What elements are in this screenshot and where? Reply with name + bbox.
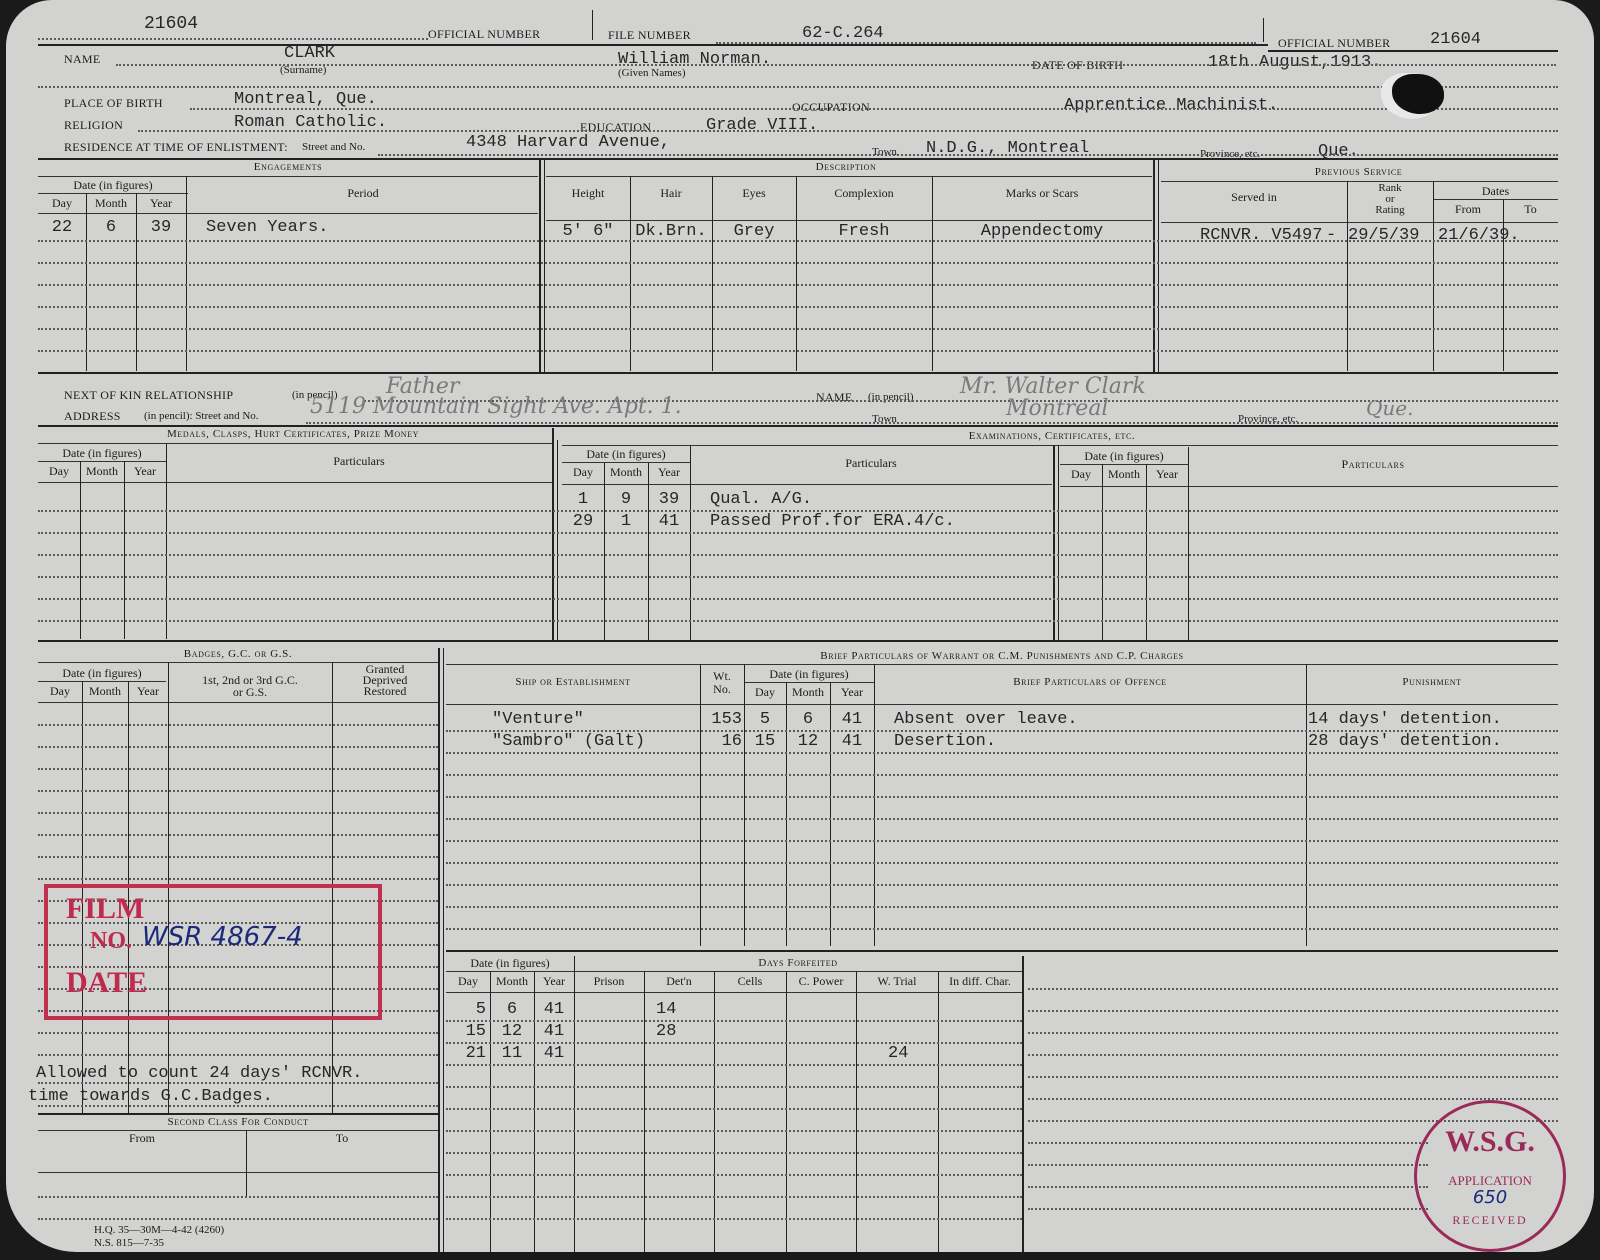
- forfeit-date-header: Date (in figures): [446, 956, 574, 971]
- days-forfeited-title: Days Forfeited: [574, 957, 1022, 969]
- badges-title: Badges, G.C. or G.S.: [38, 648, 438, 660]
- engagements-month-header: Month: [86, 196, 136, 211]
- dates-header: Dates: [1433, 184, 1558, 199]
- film-stamp: FILM NO. WSR 4867-4 DATE: [44, 884, 382, 1020]
- name-label: NAME: [64, 52, 101, 67]
- prev-to-date: 21/6/39.: [1438, 226, 1520, 245]
- exams-date-header: Date (in figures): [562, 447, 690, 462]
- complexion-value: Fresh: [796, 222, 932, 241]
- surname: CLARK: [284, 44, 335, 63]
- engagements-day-header: Day: [38, 196, 86, 211]
- warrant-2-year: 41: [830, 732, 874, 751]
- exams-right-day-header: Day: [1060, 467, 1102, 482]
- height-header: Height: [546, 186, 630, 201]
- exam-1-day: 1: [562, 490, 604, 509]
- to-header: To: [1503, 202, 1558, 217]
- education: Grade VIII.: [706, 116, 818, 135]
- exam-2-day: 29: [562, 512, 604, 531]
- nok-relationship-label: NEXT OF KIN RELATIONSHIP: [64, 388, 233, 403]
- warrant-month-header: Month: [786, 685, 830, 700]
- complexion-header: Complexion: [796, 186, 932, 201]
- religion-label: RELIGION: [64, 118, 123, 133]
- warrant-1-punishment: 14 days' detention.: [1308, 710, 1502, 729]
- official-number-left: 21604: [144, 14, 198, 34]
- badges-gc-header-line2: or G.S.: [168, 686, 332, 698]
- engagement-day: 22: [38, 218, 86, 237]
- warrant-2-month: 12: [786, 732, 830, 751]
- form-number: H.Q. 35—30M—4-42 (4260) N.S. 815—7-35: [94, 1224, 224, 1250]
- wsg-label: W.S.G.: [1417, 1125, 1563, 1159]
- date-of-birth: 18th August,1913.: [1208, 53, 1381, 72]
- film-no-label: NO.: [90, 928, 132, 955]
- detn-header: Det'n: [644, 974, 714, 989]
- badges-month-header: Month: [82, 684, 128, 699]
- exam-1-month: 9: [604, 490, 648, 509]
- badges-gc-header: 1st, 2nd or 3rd G.C. or G.S.: [168, 674, 332, 698]
- medals-day-header: Day: [38, 464, 80, 479]
- nok-town: Montreal: [1006, 396, 1108, 421]
- warrant-date-header: Date (in figures): [744, 667, 874, 682]
- place-of-birth: Montreal, Que.: [234, 90, 377, 109]
- forfeit-3-year: 41: [534, 1044, 574, 1063]
- nok-address-label: ADDRESS: [64, 409, 121, 424]
- examinations-title: Examinations, Certificates, etc.: [562, 430, 1542, 442]
- forfeit-3-day: 21: [446, 1044, 486, 1063]
- warrant-title: Brief Particulars of Warrant or C.M. Pun…: [446, 650, 1558, 662]
- punishment-header: Punishment: [1306, 676, 1558, 688]
- served-in-value: RCNVR. V5497: [1200, 226, 1322, 245]
- occupation: Apprentice Machinist.: [1064, 96, 1278, 115]
- medals-month-header: Month: [80, 464, 124, 479]
- forfeit-day-header: Day: [446, 974, 490, 989]
- prison-header: Prison: [574, 974, 644, 989]
- forfeit-month-header: Month: [490, 974, 534, 989]
- residence-street: 4348 Harvard Avenue,: [466, 133, 670, 152]
- medals-particulars-header: Particulars: [166, 454, 552, 469]
- exams-day-header: Day: [562, 465, 604, 480]
- warrant-day-header: Day: [744, 685, 786, 700]
- town-label: Town: [872, 146, 897, 158]
- exams-right-month-header: Month: [1102, 467, 1146, 482]
- wt-no-header: Wt. No.: [700, 670, 744, 696]
- height-value: 5' 6": [546, 222, 630, 241]
- warrant-1-ship: "Venture": [492, 710, 584, 729]
- hair-header: Hair: [630, 186, 712, 201]
- forfeit-1-year: 41: [534, 1000, 574, 1019]
- marks-value: Appendectomy: [932, 222, 1152, 241]
- badges-granted-header: Granted Deprived Restored: [332, 664, 438, 697]
- second-class-from-header: From: [38, 1131, 246, 1146]
- exam-1-year: 39: [648, 490, 690, 509]
- served-in-dash: -: [1326, 226, 1336, 245]
- engagements-period-header: Period: [188, 186, 538, 201]
- file-number-label: FILE NUMBER: [608, 28, 691, 43]
- in-diff-char-header: In diff. Char.: [938, 974, 1022, 989]
- served-in-header: Served in: [1161, 190, 1347, 205]
- engagement-month: 6: [86, 218, 136, 237]
- warrant-1-wt: 153: [702, 710, 742, 729]
- warrant-1-month: 6: [786, 710, 830, 729]
- eyes-header: Eyes: [712, 186, 796, 201]
- exam-1-particulars: Qual. A/G.: [710, 490, 812, 509]
- exams-right-year-header: Year: [1146, 467, 1188, 482]
- warrant-2-ship: "Sambro" (Galt): [492, 732, 645, 751]
- medals-title: Medals, Clasps, Hurt Certificates, Prize…: [38, 428, 548, 440]
- form-number-line1: H.Q. 35—30M—4-42 (4260): [94, 1224, 224, 1237]
- from-header: From: [1433, 202, 1503, 217]
- no-label: No.: [700, 683, 744, 696]
- forfeit-2-year: 41: [534, 1022, 574, 1041]
- residence-label: RESIDENCE AT TIME OF ENLISTMENT:: [64, 140, 288, 155]
- badges-note-line1: Allowed to count 24 days' RCNVR.: [36, 1064, 362, 1083]
- nok-address: 5119 Mountain Sight Ave. Apt. 1.: [310, 394, 682, 419]
- marks-header: Marks or Scars: [932, 186, 1152, 201]
- nok-address-in-pencil: (in pencil): Street and No.: [144, 410, 259, 422]
- badges-day-header: Day: [38, 684, 82, 699]
- film-label: FILM: [66, 892, 144, 926]
- warrant-2-punishment: 28 days' detention.: [1308, 732, 1502, 751]
- warrant-year-header: Year: [830, 685, 874, 700]
- restored-label: Restored: [332, 686, 438, 697]
- nok-province: Que.: [1366, 396, 1413, 420]
- application-number: 650: [1417, 1187, 1563, 1208]
- received-label: RECEIVED: [1417, 1213, 1563, 1228]
- rating-label: Rating: [1347, 205, 1433, 216]
- film-date-label: DATE: [66, 966, 147, 1000]
- engagement-year: 39: [136, 218, 186, 237]
- hair-value: Dk.Brn.: [630, 222, 712, 241]
- service-record-card: 21604 OFFICIAL NUMBER FILE NUMBER 62-C.2…: [6, 0, 1594, 1252]
- forfeit-2-detn: 28: [656, 1022, 676, 1041]
- cells-header: Cells: [714, 974, 786, 989]
- street-label: Street and No.: [302, 141, 365, 153]
- official-number-right: 21604: [1430, 30, 1481, 49]
- forfeit-2-month: 12: [490, 1022, 534, 1041]
- previous-service-title: Previous Service: [1161, 166, 1556, 178]
- w-trial-header: W. Trial: [856, 974, 938, 989]
- forfeit-3-wtrial: 24: [888, 1044, 908, 1063]
- place-of-birth-label: PLACE OF BIRTH: [64, 96, 163, 111]
- warrant-1-year: 41: [830, 710, 874, 729]
- engagements-title: Engagements: [38, 161, 538, 173]
- badges-year-header: Year: [128, 684, 168, 699]
- forfeit-3-month: 11: [490, 1044, 534, 1063]
- warrant-1-day: 5: [744, 710, 786, 729]
- nok-name-label: NAME: [816, 390, 853, 405]
- exam-2-year: 41: [648, 512, 690, 531]
- forfeit-1-detn: 14: [656, 1000, 676, 1019]
- exams-right-particulars-header: Particulars: [1188, 457, 1558, 472]
- warrant-1-offence: Absent over leave.: [894, 710, 1078, 729]
- badges-note-line2: time towards G.C.Badges.: [28, 1087, 273, 1106]
- badges-date-header: Date (in figures): [38, 666, 166, 681]
- medals-year-header: Year: [124, 464, 166, 479]
- second-class-to-header: To: [246, 1131, 438, 1146]
- exams-year-header: Year: [648, 465, 690, 480]
- second-class-title: Second Class For Conduct: [38, 1116, 438, 1128]
- exam-2-particulars: Passed Prof.for ERA.4/c.: [710, 512, 955, 531]
- warrant-2-day: 15: [744, 732, 786, 751]
- wsg-application-stamp: W.S.G. APPLICATION 650 RECEIVED: [1414, 1100, 1566, 1252]
- official-number-right-label: OFFICIAL NUMBER: [1278, 36, 1390, 51]
- forfeit-year-header: Year: [534, 974, 574, 989]
- engagement-period: Seven Years.: [206, 218, 328, 237]
- engagements-date-header: Date (in figures): [38, 178, 188, 193]
- prev-from-date: 29/5/39: [1348, 226, 1419, 245]
- eyes-value: Grey: [712, 222, 796, 241]
- exams-month-header: Month: [604, 465, 648, 480]
- official-number-label: OFFICIAL NUMBER: [428, 27, 540, 42]
- warrant-2-wt: 16: [702, 732, 742, 751]
- exams-right-date-header: Date (in figures): [1060, 449, 1188, 464]
- c-power-header: C. Power: [786, 974, 856, 989]
- forfeit-1-day: 5: [446, 1000, 486, 1019]
- description-title: Description: [546, 161, 1146, 173]
- exam-2-month: 1: [604, 512, 648, 531]
- offence-header: Brief Particulars of Offence: [874, 676, 1306, 688]
- forfeit-1-month: 6: [490, 1000, 534, 1019]
- form-number-line2: N.S. 815—7-35: [94, 1237, 224, 1250]
- engagements-year-header: Year: [136, 196, 186, 211]
- film-number: WSR 4867-4: [142, 922, 303, 952]
- warrant-2-offence: Desertion.: [894, 732, 996, 751]
- exams-particulars-header: Particulars: [690, 456, 1052, 471]
- medals-date-header: Date (in figures): [38, 446, 166, 461]
- ship-header: Ship or Establishment: [446, 676, 700, 688]
- file-number: 62-C.264: [802, 24, 884, 43]
- rank-header: Rank or Rating: [1347, 183, 1433, 216]
- given-names-caption: (Given Names): [618, 67, 686, 79]
- forfeit-2-day: 15: [446, 1022, 486, 1041]
